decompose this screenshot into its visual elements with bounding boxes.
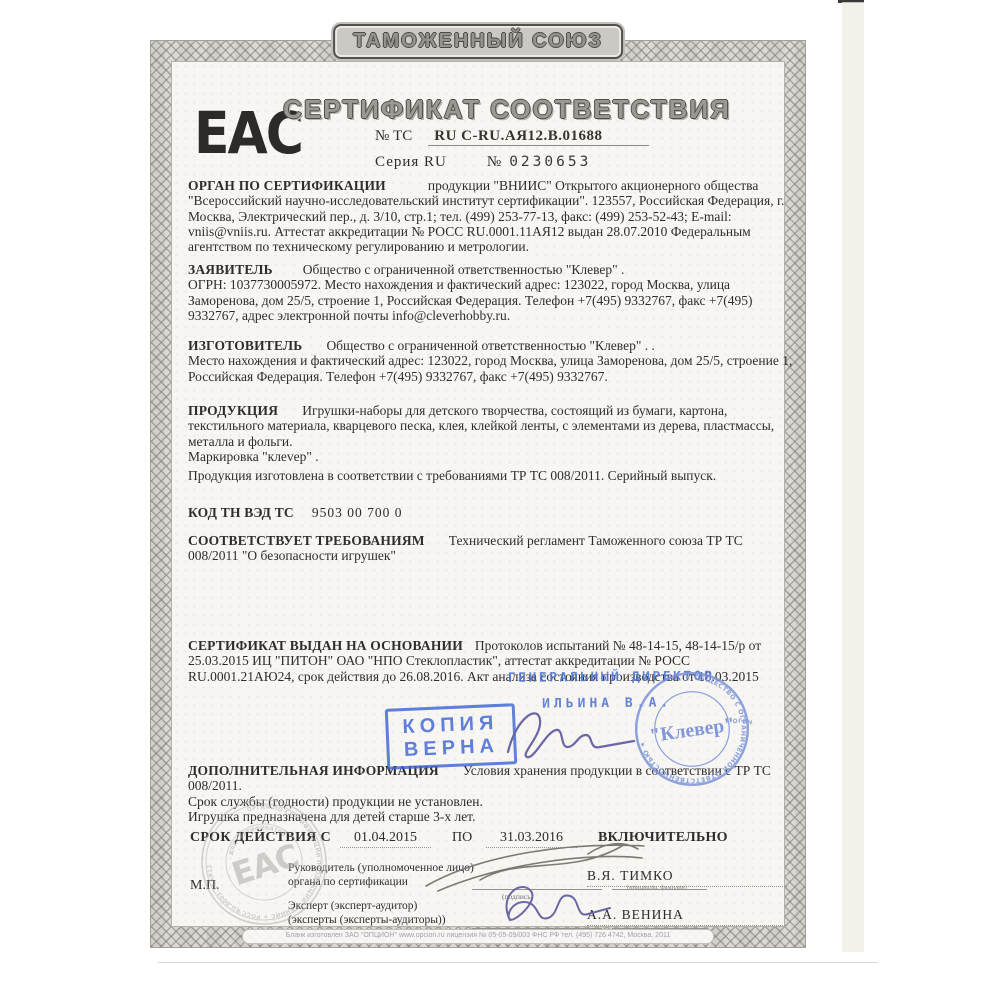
blank-manufacturer-fine-print: Бланк изготовлен ЗАО "ОПЦИОН" www.opcion… xyxy=(242,929,714,944)
customs-union-badge-label: ТАМОЖЕННЫЙ СОЮЗ xyxy=(353,30,603,52)
expert-signature xyxy=(480,874,620,934)
series-label: Серия RU xyxy=(375,154,447,170)
applicant-name: Общество с ограниченной ответственностью… xyxy=(303,262,625,277)
section-production: ПРОДУКЦИЯИгрушки-наборы для детского тво… xyxy=(188,403,794,483)
section-label: СЕРТИФИКАТ ВЫДАН НА ОСНОВАНИИ xyxy=(188,638,463,653)
seal-center-text: "Клевер" xyxy=(648,714,736,747)
section-tnved-code: КОД ТН ВЭД ТС9503 00 700 0 xyxy=(188,505,794,520)
series-number-sign: № xyxy=(487,154,501,170)
page: ТАМОЖЕННЫЙ СОЮЗ EAC СЕРТИФИКАТ СООТВЕТСТ… xyxy=(0,0,1000,1000)
certificate-series-row: Серия RU№0230653 xyxy=(375,154,591,171)
certificate-title: СЕРТИФИКАТ СООТВЕТСТВИЯ xyxy=(272,94,742,125)
section-label: КОД ТН ВЭД ТС xyxy=(188,505,294,520)
production-compliance-note: Продукция изготовлена в соответствии с т… xyxy=(188,468,794,483)
applicant-details: ОГРН: 1037730005972. Место нахождения и … xyxy=(188,277,794,323)
section-label: ЗАЯВИТЕЛЬ xyxy=(188,262,273,277)
series-number-value: 0230653 xyxy=(509,154,591,170)
section-manufacturer: ИЗГОТОВИТЕЛЬОбщество с ограниченной отве… xyxy=(188,338,794,384)
manufacturer-name: Общество с ограниченной ответственностью… xyxy=(326,338,654,353)
section-label: ИЗГОТОВИТЕЛЬ xyxy=(188,338,302,353)
section-label: ПРОДУКЦИЯ xyxy=(188,403,278,418)
section-complies-with: СООТВЕТСТВУЕТ ТРЕБОВАНИЯМТехнический рег… xyxy=(188,533,794,564)
validity-from-date: 01.04.2015 xyxy=(340,830,431,848)
director-signature xyxy=(494,690,644,780)
certificate-frame: ТАМОЖЕННЫЙ СОЮЗ EAC СЕРТИФИКАТ СООТВЕТСТ… xyxy=(150,40,806,948)
certificate-paper: EAC СЕРТИФИКАТ СООТВЕТСТВИЯ № ТСRU C-RU.… xyxy=(171,61,785,927)
manufacturer-details: Место нахождения и фактический адрес: 12… xyxy=(188,353,794,384)
certificate-number-row: № ТСRU C-RU.АЯ12.В.01688 xyxy=(375,128,649,145)
section-label: СООТВЕТСТВУЕТ ТРЕБОВАНИЯМ xyxy=(188,533,425,548)
copy-stamp-line2: ВЕРНА xyxy=(403,735,500,762)
certificate-number-label: № ТС xyxy=(375,128,412,144)
scan-edge-strip xyxy=(842,2,864,952)
section-label: ОРГАН ПО СЕРТИФИКАЦИИ xyxy=(188,178,386,193)
scanner-artifact-line xyxy=(158,962,878,963)
tnved-code-value: 9503 00 700 0 xyxy=(312,505,403,520)
certificate-number-value: RU C-RU.АЯ12.В.01688 xyxy=(428,128,648,146)
production-marking: Маркировка "клеvер" . xyxy=(188,449,794,464)
customs-union-badge: ТАМОЖЕННЫЙ СОЮЗ xyxy=(333,24,623,59)
section-certification-body: ОРГАН ПО СЕРТИФИКАЦИИпродукции "ВНИИС" О… xyxy=(188,178,794,254)
section-applicant: ЗАЯВИТЕЛЬОбщество с ограниченной ответст… xyxy=(188,262,794,323)
